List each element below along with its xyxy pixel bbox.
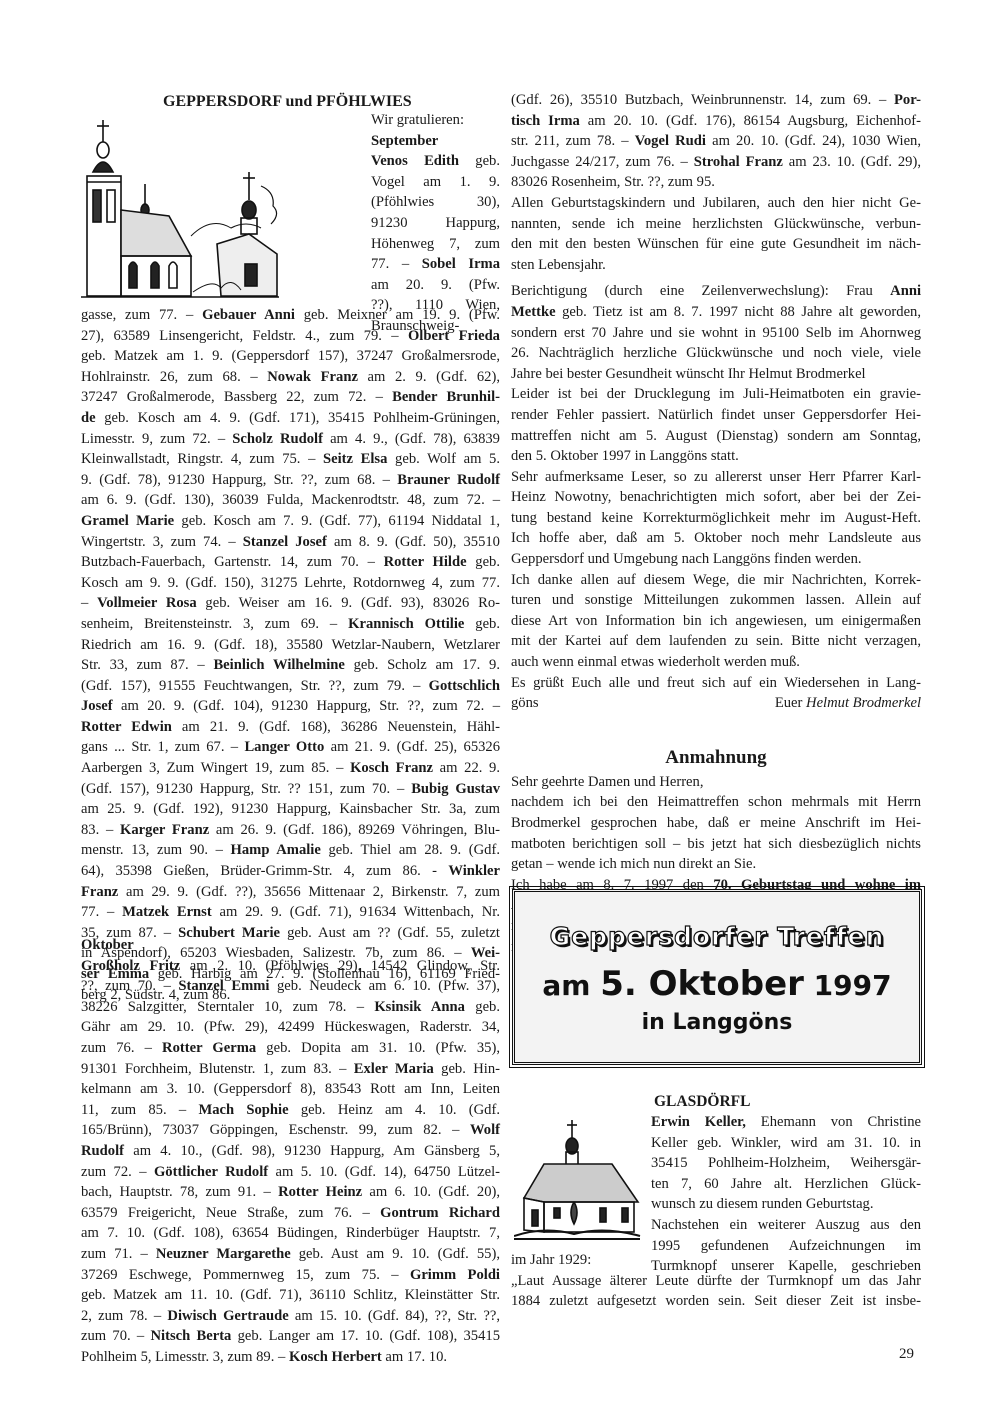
text-line: Jahre bei bester Gesundheit wünscht Ihr …	[511, 364, 921, 385]
text-line: „Laut Aussage älterer Leute dürfte der T…	[511, 1271, 921, 1292]
text-line: Rotter Edwin am 21. 9. (Gdf. 168), 36286…	[81, 717, 500, 738]
text-line: 64), 35398 Gießen, Brüder-Grimm-Str. 4, …	[81, 861, 500, 882]
name-bold: Großholz Fritz	[81, 958, 180, 974]
text-line: (Gdf. 157), 91555 Feuchtwangen, Str. ??,…	[81, 676, 500, 697]
text-line: 91230 Happurg,	[371, 213, 500, 234]
name-bold: Karger Franz	[120, 822, 209, 838]
text-line: gasse, zum 77. – Gebauer Anni geb. Meixn…	[81, 305, 500, 326]
intro-text: Wir gratulieren:	[371, 110, 500, 131]
text-line: 1884 zuletzt aufgesetzt worden sein. Sei…	[511, 1291, 921, 1312]
name-bold: Josef	[81, 698, 113, 714]
text-line: 83. – Karger Franz am 26. 9. (Gdf. 186),…	[81, 820, 500, 841]
text-line: Str. 33, zum 87. – Beinlich Wilhelmine g…	[81, 655, 500, 676]
text-line: am 6. 9. (Gdf. 130), 36039 Fulda, Macken…	[81, 490, 500, 511]
text-line: Keller geb. Winkler, wird am 31. 10. in	[651, 1133, 921, 1154]
anmahnung-title: Anmahnung	[511, 744, 921, 772]
text-line: 63579 Freigericht, Neue Straße, zum 76. …	[81, 1203, 500, 1224]
name-bold: de	[81, 410, 96, 426]
name-bold: Franz	[81, 884, 118, 900]
name-bold: Brauner Rudolf	[397, 472, 500, 488]
text-line: Josef am 20. 9. (Gdf. 104), 91230 Happur…	[81, 696, 500, 717]
name-bold: Rotter Heinz	[278, 1184, 362, 1200]
signature-helmut-brodmerkel: Helmut Brodmerkel	[806, 695, 921, 711]
section-title-glasdoerfl: GLASDÖRFL	[651, 1092, 921, 1112]
text-line: Aarbergen 3, Zum Wingert 19, zum 85. – K…	[81, 758, 500, 779]
text-line: zum 70. – Nitsch Berta geb. Langer am 17…	[81, 1326, 500, 1347]
name-bold: Grimm Poldi	[410, 1267, 500, 1283]
text-line: Venos Edith geb.	[371, 151, 500, 172]
text-line: 35415 Pohlheim-Holzheim, Weihersgär-	[651, 1153, 921, 1174]
text-line: Wingertstr. 3, zum 74. – Stanzel Josef a…	[81, 532, 500, 553]
text-line: geb. Matzek am 11. 10. (Gdf. 71), 36110 …	[81, 1285, 500, 1306]
text-line: sondern erst 70 Jahre und sie wohnt in 9…	[511, 323, 921, 344]
text-line: matboten berichtigen soll – bis jetzt ha…	[511, 834, 921, 855]
october-continued: (Gdf. 26), 35510 Butzbach, Weinbrunnenst…	[511, 90, 921, 193]
text-line: mattreffen nicht am 5. August (Dienstag)…	[511, 426, 921, 447]
name-bold: Gottschlich	[429, 678, 500, 694]
text-line: Kleinwallstadt, Ringstr. 4, zum 75. – Se…	[81, 449, 500, 470]
banner-date: am 5. Oktober 1997	[515, 964, 919, 1004]
text-line: tisch Irma am 20. 10. (Gdf. 176), 86154 …	[511, 111, 921, 132]
text-line: Geppersdorf und Umgebung nach Langgöns f…	[511, 549, 921, 570]
name-bold: Nowak Franz	[267, 369, 358, 385]
text-line: 27), 63589 Linsengericht, Feldstr. 4., z…	[81, 326, 500, 347]
text-line: getan – wende ich mich nun direkt an Sie…	[511, 854, 921, 875]
text-line: Allen Geburtstagskindern und Jubilaren, …	[511, 193, 921, 214]
glasdoerfl-continued: im Jahr 1929:„Laut Aussage älterer Leute…	[511, 1250, 921, 1312]
text-line: am 20. 9. (Pfw.	[371, 275, 500, 296]
text-line: 77. – Matzek Ernst am 29. 9. (Gdf. 71), …	[81, 902, 500, 923]
text-line: Gähr am 29. 10. (Pfw. 29), 42499 Hückesw…	[81, 1017, 500, 1038]
name-bold: Rotter Hilde	[384, 554, 467, 570]
text-line: nachdem ich bei den Heimattreffen schon …	[511, 792, 921, 813]
text-line: render Fehler passiert. Natürlich findet…	[511, 405, 921, 426]
name-bold: Rotter Germa	[162, 1040, 256, 1056]
text-line: kelmann am 3. 10. (Geppersdorf 8), 83543…	[81, 1079, 500, 1100]
text-line: sten Lebensjahr.	[511, 255, 921, 276]
text-line: Kosch am 9. 9. (Gdf. 150), 31275 Lehrte,…	[81, 573, 500, 594]
text-line: 91301 Forchheim, Blutenstr. 1, zum 83. –…	[81, 1059, 500, 1080]
text-line: am 25. 9. (Gdf. 192), 91230 Happurg, Kai…	[81, 799, 500, 820]
name-bold: Mach Sophie	[198, 1102, 288, 1118]
text-line: 37247 Großalmerode, Bassberg 22, zum 72.…	[81, 387, 500, 408]
text-line: Butzbach-Fauerbach, Gartenstr. 14, zum 7…	[81, 552, 500, 573]
name-bold: Kosch Herbert	[289, 1349, 382, 1365]
october-list: Großholz Fritz am 2. 10. (Pföhlwies 29),…	[81, 956, 500, 1368]
correction-notice: Berichtigung (durch eine Zeilenverwechsl…	[511, 281, 921, 693]
text-line: Höhenweg 7, zum	[371, 234, 500, 255]
chapel-illustration	[514, 1118, 642, 1240]
text-line: 83026 Rosenheim, Str. ??, zum 95.	[511, 172, 921, 193]
banner-location: in Langgöns	[515, 1010, 919, 1035]
text-line: (Pföhlwies 30),	[371, 192, 500, 213]
text-line: Großholz Fritz am 2. 10. (Pföhlwies 29),…	[81, 956, 500, 977]
name-bold: Rotter Edwin	[81, 719, 172, 735]
name-bold: Vollmeier Rosa	[97, 595, 197, 611]
text-line: am 7. 10. (Gdf. 108), 63654 Büdingen, Ri…	[81, 1223, 500, 1244]
name-bold: Gontrum Richard	[380, 1205, 500, 1221]
name-bold: Gebauer Anni	[202, 307, 295, 323]
name-bold: Göttlicher Rudolf	[154, 1164, 268, 1180]
text-line: str. 211, zum 78. – Vogel Rudi am 20. 10…	[511, 131, 921, 152]
text-line: Hohlrainstr. 26, zum 68. – Nowak Franz a…	[81, 367, 500, 388]
name-bold: Matzek Ernst	[122, 904, 212, 920]
name-bold: Por-	[894, 92, 921, 108]
text-line: Leider ist bei der Drucklegung im Juli-H…	[511, 384, 921, 405]
text-line: Heinz Nowotny, benachrichtigten mich sof…	[511, 487, 921, 508]
name-bold: Sobel Irma	[422, 256, 500, 272]
church-village-illustration	[81, 116, 281, 298]
text-line: Mettke geb. Tietz ist am 8. 7. 1997 nich…	[511, 302, 921, 323]
text-line: senheim, Breitensteinstr. 3, zum 69. – K…	[81, 614, 500, 635]
text-line: 165/Brünn), 73037 Göppingen, Eschenstr. …	[81, 1120, 500, 1141]
name-bold: Langer Otto	[244, 739, 324, 755]
text-line: Vogel am 1. 9.	[371, 172, 500, 193]
september-intro: Wir gratulieren: September Venos Edith g…	[371, 110, 500, 337]
birthday-wishes: Allen Geburtstagskindern und Jubilaren, …	[511, 193, 921, 275]
text-line: 2, zum 78. – Diwisch Gertraude am 15. 10…	[81, 1306, 500, 1327]
text-line: mit der Kartei auf dem laufenden zu sein…	[511, 631, 921, 652]
text-line: Nachstehen ein weiterer Auszug aus den	[651, 1215, 921, 1236]
text-line: 9. (Gdf. 78), 91230 Happurg, Str. ??, zu…	[81, 470, 500, 491]
name-bold: Bubig Gustav	[411, 781, 500, 797]
text-line: de geb. Kosch am 4. 9. (Gdf. 171), 35415…	[81, 408, 500, 429]
name-bold: Rudolf	[81, 1143, 124, 1159]
text-line: 77. – Sobel Irma	[371, 254, 500, 275]
closing-left: göns	[511, 693, 539, 714]
text-line: auch wenn einmal etwas wiederholt werden…	[511, 652, 921, 673]
text-line: 38226 Salzgitter, Sterntaler 10, zum 78.…	[81, 997, 500, 1018]
text-line: 26. Nachträglich herzliche Glückwünsche …	[511, 343, 921, 364]
text-line: den mit den besten Wünschen für eine gut…	[511, 234, 921, 255]
october-block: Oktober Großholz Fritz am 2. 10. (Pföhlw…	[81, 935, 500, 1367]
text-line: Sehr aufmerksame Leser, so zu allererst …	[511, 467, 921, 488]
name-bold: Stanzel Emmi	[178, 978, 269, 994]
text-line: turen und sonstige Mitteilungen zukommen…	[511, 590, 921, 611]
name-bold: Bender Brunhil-	[392, 389, 500, 405]
name-bold: Mettke	[511, 304, 556, 320]
name-bold: Diwisch Gertraude	[167, 1308, 288, 1324]
text-line: zum 76. – Rotter Germa geb. Dopita am 31…	[81, 1038, 500, 1059]
name-bold: Scholz Rudolf	[232, 431, 323, 447]
name-bold: Neuzner Margarethe	[156, 1246, 291, 1262]
name-bold: Hamp Amalie	[231, 842, 321, 858]
text-line: gans ... Str. 1, zum 67. – Langer Otto a…	[81, 737, 500, 758]
name-bold: Gramel Marie	[81, 513, 174, 529]
text-line: wunsch zu diesem runden Geburtstag.	[651, 1194, 921, 1215]
name-bold: Ksinsik Anna	[374, 999, 465, 1015]
name-bold: Olbert Frieda	[408, 328, 500, 344]
text-line: Riedrich am 16. 9. (Gdf. 18), 35580 Wetz…	[81, 635, 500, 656]
text-line: 37269 Eschwege, Pommernweg 15, zum 75. –…	[81, 1265, 500, 1286]
text-line: Juchgasse 24/217, zum 76. – Strohal Fran…	[511, 152, 921, 173]
text-line: Erwin Keller, Ehemann von Christine	[651, 1112, 921, 1133]
text-line: Franz am 29. 9. (Gdf. ??), 35656 Mittena…	[81, 882, 500, 903]
name-bold: Vogel Rudi	[635, 133, 706, 149]
text-line: bach, Hauptstr. 78, zum 91. – Rotter Hei…	[81, 1182, 500, 1203]
text-line: Berichtigung (durch eine Zeilenverwechsl…	[511, 281, 921, 302]
text-line: ??, zum 70. – Stanzel Emmi geb. Neudeck …	[81, 976, 500, 997]
name-bold: Wolf	[470, 1122, 500, 1138]
name-bold: Anni	[890, 283, 921, 299]
banner-title: Geppersdorfer Treffen	[515, 922, 919, 951]
name-bold: Stanzel Josef	[243, 534, 327, 550]
text-line: Brodmerkel gesprochen habe, daß er meine…	[511, 813, 921, 834]
closing-line: göns Euer Helmut Brodmerkel	[511, 693, 921, 714]
text-line: Ich danke allen auf diesem Wege, die mir…	[511, 570, 921, 591]
text-line: 11, zum 85. – Mach Sophie geb. Heinz am …	[81, 1100, 500, 1121]
month-heading-october: Oktober	[81, 935, 500, 956]
meeting-announcement-banner: Geppersdorfer Treffen am 5. Oktober 1997…	[512, 889, 922, 1065]
name-bold: Erwin Keller,	[651, 1114, 746, 1130]
text-line: nannten, sende ich meine herzlichsten Gl…	[511, 214, 921, 235]
name-bold: Nitsch Berta	[151, 1328, 232, 1344]
text-line: im Jahr 1929:	[511, 1250, 921, 1271]
text-line: diese Art von Information bin ich angewi…	[511, 611, 921, 632]
page-number: 29	[899, 1346, 914, 1363]
text-line: zum 72. – Göttlicher Rudolf am 5. 10. (G…	[81, 1162, 500, 1183]
name-bold: Winkler	[448, 863, 500, 879]
name-bold: Beinlich Wilhelmine	[213, 657, 344, 673]
text-line: Pohlheim 5, Limesstr. 3, zum 89. – Kosch…	[81, 1347, 500, 1368]
text-line: tung bestand keine Korrekturmöglichkeit …	[511, 508, 921, 529]
name-bold: Krannisch Ottilie	[348, 616, 464, 632]
text-line: (Gdf. 26), 35510 Butzbach, Weinbrunnenst…	[511, 90, 921, 111]
name-bold: Exler Maria	[354, 1061, 434, 1077]
text-line: geb. Matzek am 1. 9. (Geppersdorf 157), …	[81, 346, 500, 367]
text-line: Sehr geehrte Damen und Herren,	[511, 772, 921, 793]
right-column: (Gdf. 26), 35510 Butzbach, Weinbrunnenst…	[511, 90, 921, 957]
name-bold: Kosch Franz	[350, 760, 433, 776]
text-line: – Vollmeier Rosa geb. Weiser am 16. 9. (…	[81, 593, 500, 614]
text-line: ten 7, 60 Jahre alt. Herzlichen Glück-	[651, 1174, 921, 1195]
text-line: Limesstr. 9, zum 72. – Scholz Rudolf am …	[81, 429, 500, 450]
closing-signature-block: Euer Helmut Brodmerkel	[775, 693, 921, 714]
text-line: Rudolf am 4. 10., (Gdf. 98), 91230 Happu…	[81, 1141, 500, 1162]
name-bold: Strohal Franz	[694, 154, 783, 170]
text-line: Es grüßt Euch alle und freut sich auf ei…	[511, 673, 921, 694]
text-line: Gramel Marie geb. Kosch am 7. 9. (Gdf. 7…	[81, 511, 500, 532]
text-line: (Gdf. 157), 91230 Happurg, Str. ?? 151, …	[81, 779, 500, 800]
month-heading-september: September	[371, 131, 500, 152]
name-bold: Seitz Elsa	[323, 451, 387, 467]
text-line: menstr. 13, zum 90. – Hamp Amalie geb. T…	[81, 840, 500, 861]
name-bold: Venos Edith	[371, 153, 459, 169]
september-list: gasse, zum 77. – Gebauer Anni geb. Meixn…	[81, 305, 500, 1005]
text-line: den 5. Oktober 1997 in Langgöns statt.	[511, 446, 921, 467]
text-line: zum 71. – Neuzner Margarethe geb. Aust a…	[81, 1244, 500, 1265]
text-line: Ich hoffe aber, daß am 5. Oktober noch m…	[511, 528, 921, 549]
name-bold: tisch Irma	[511, 113, 580, 129]
